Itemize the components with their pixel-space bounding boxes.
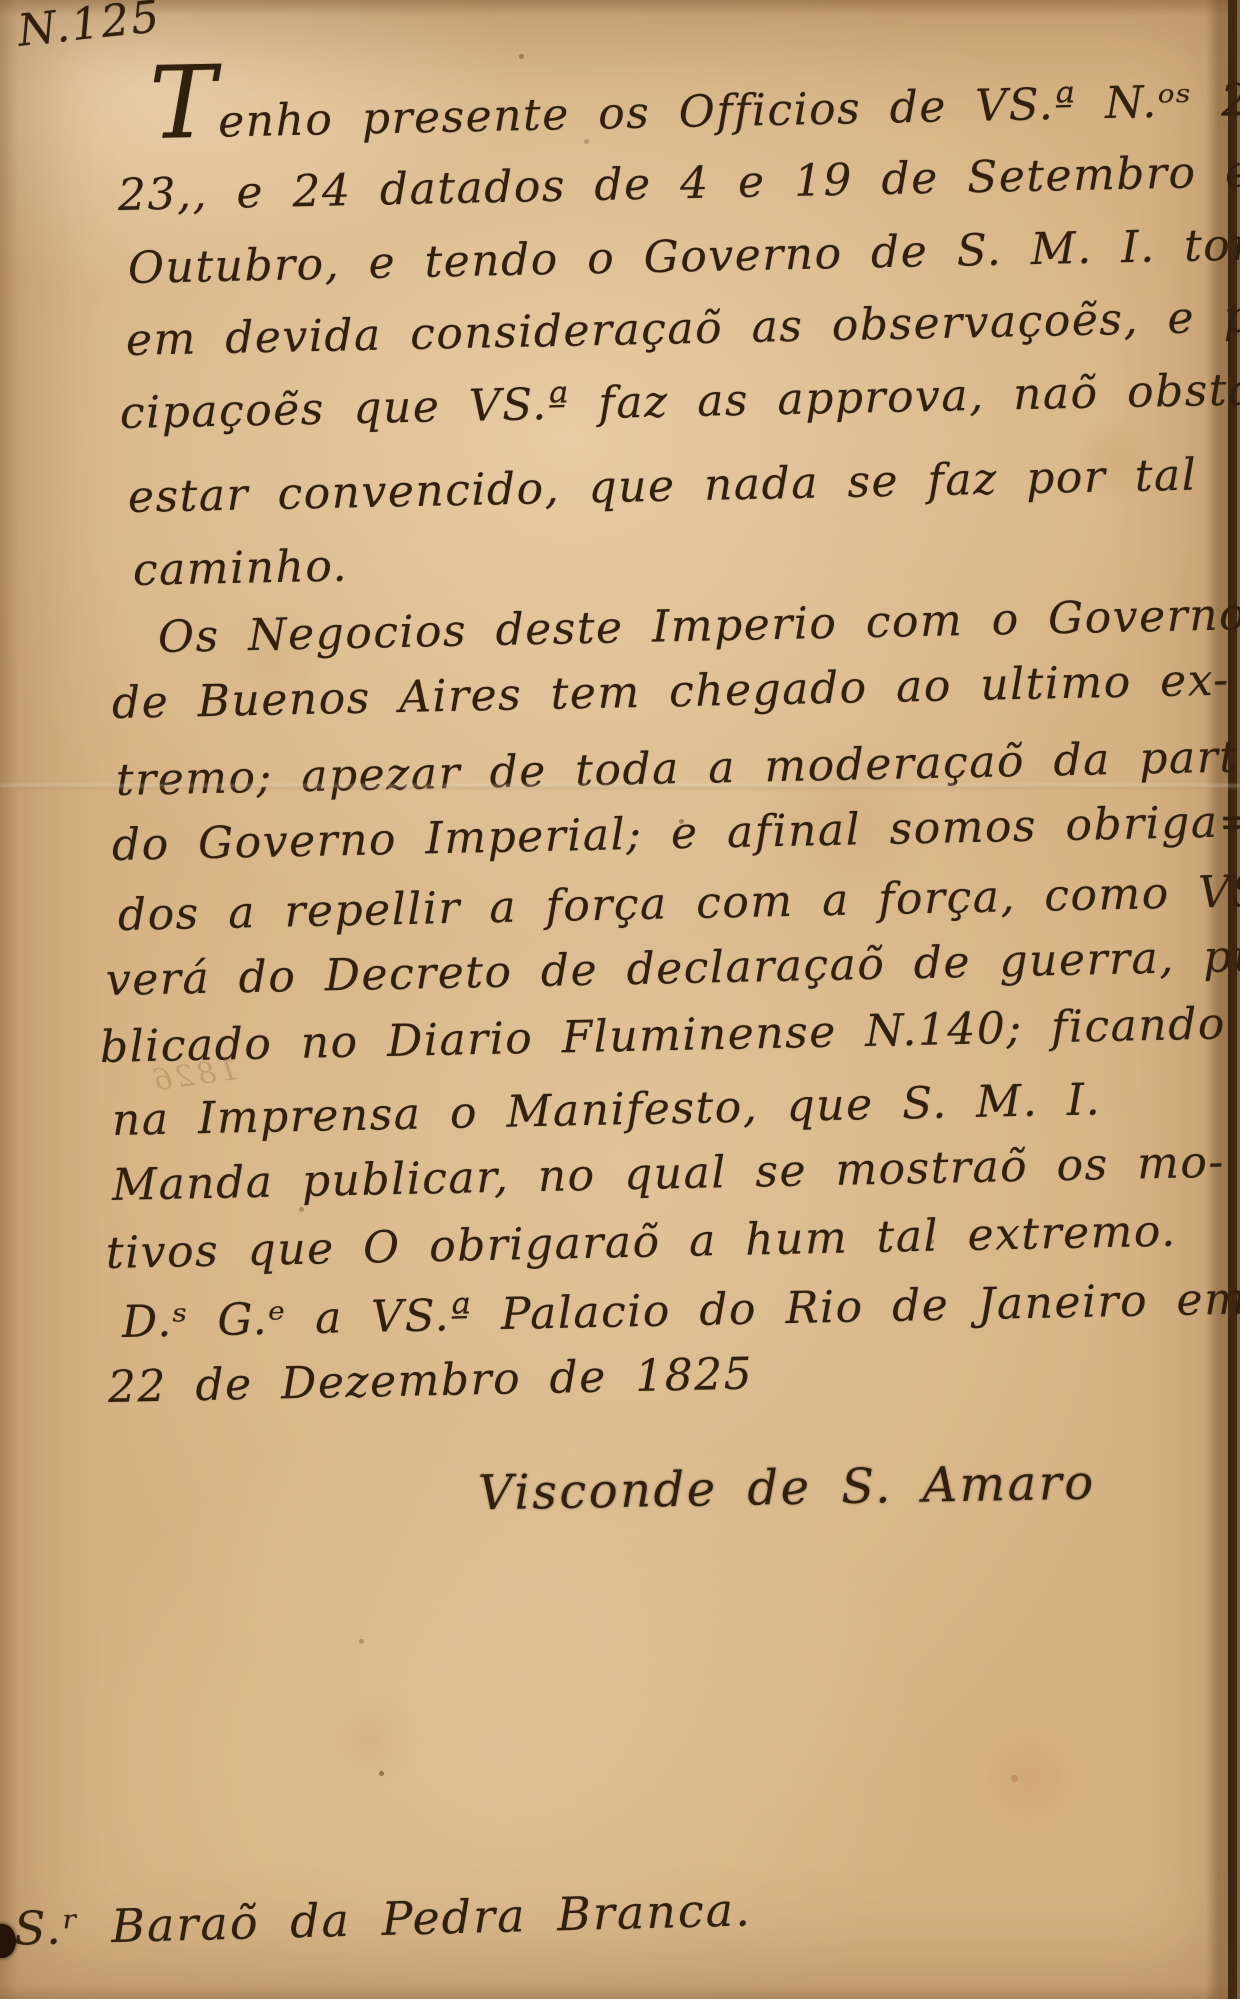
letter-line: blicado no Diario Fluminense N.140; fica… <box>99 998 1226 1074</box>
letter-line: dos a repellir a força com a força, como… <box>117 865 1240 942</box>
letter-line: Tenho presente os Officios de VS.ª N.ᵒˢ … <box>149 74 1240 150</box>
letter-line: 22 de Dezembro de 1825 <box>107 1348 753 1414</box>
letter-line: estar convencido, que nada se faz por ta… <box>127 450 1197 524</box>
paper-specks <box>0 0 3 3</box>
addressee-line: S.ʳ Baraõ da Pedra Branca. <box>13 1882 752 1955</box>
letter-line: 23,, e 24 datados de 4 e 19 de Setembro … <box>117 143 1240 222</box>
paper-fold-crease <box>0 784 1240 789</box>
letter-line: cipaçoẽs que VS.ª faz as approva, naõ ob… <box>119 363 1240 440</box>
letter-line: tremo; apezar de toda a moderaçaõ da par… <box>115 731 1240 807</box>
letter-line: caminho. <box>132 541 348 597</box>
letter-line: em devida consideraçaõ as observaçoẽs, e… <box>125 289 1240 367</box>
letter-line: do Governo Imperial; e afinal somos obri… <box>111 796 1240 872</box>
letter-line: D.ˢ G.ᵉ a VS.ª Palacio do Rio de Janeiro… <box>121 1273 1240 1349</box>
letter-line: na Imprensa o Manifesto, que S. M. I. <box>111 1074 1101 1147</box>
signature: Visconde de S. Amaro <box>478 1455 1096 1522</box>
letter-line: verá do Decreto de declaraçaõ de guerra,… <box>105 930 1240 1007</box>
manuscript-page: N.125 Tenho presente os Officios de VS.ª… <box>0 0 1240 1999</box>
letter-line: Manda publicar, no qual se mostraõ os mo… <box>111 1137 1225 1212</box>
document-number: N.125 <box>15 0 163 57</box>
letter-line: Os Negocios deste Imperio com o Governo <box>157 589 1240 664</box>
letter-line: Outubro, e tendo o Governo de S. M. I. t… <box>127 217 1240 295</box>
letter-line: tivos que O obrigaraõ a hum tal extremo. <box>105 1206 1177 1280</box>
letter-line: de Buenos Aires tem chegado ao ultimo ex… <box>111 655 1230 730</box>
